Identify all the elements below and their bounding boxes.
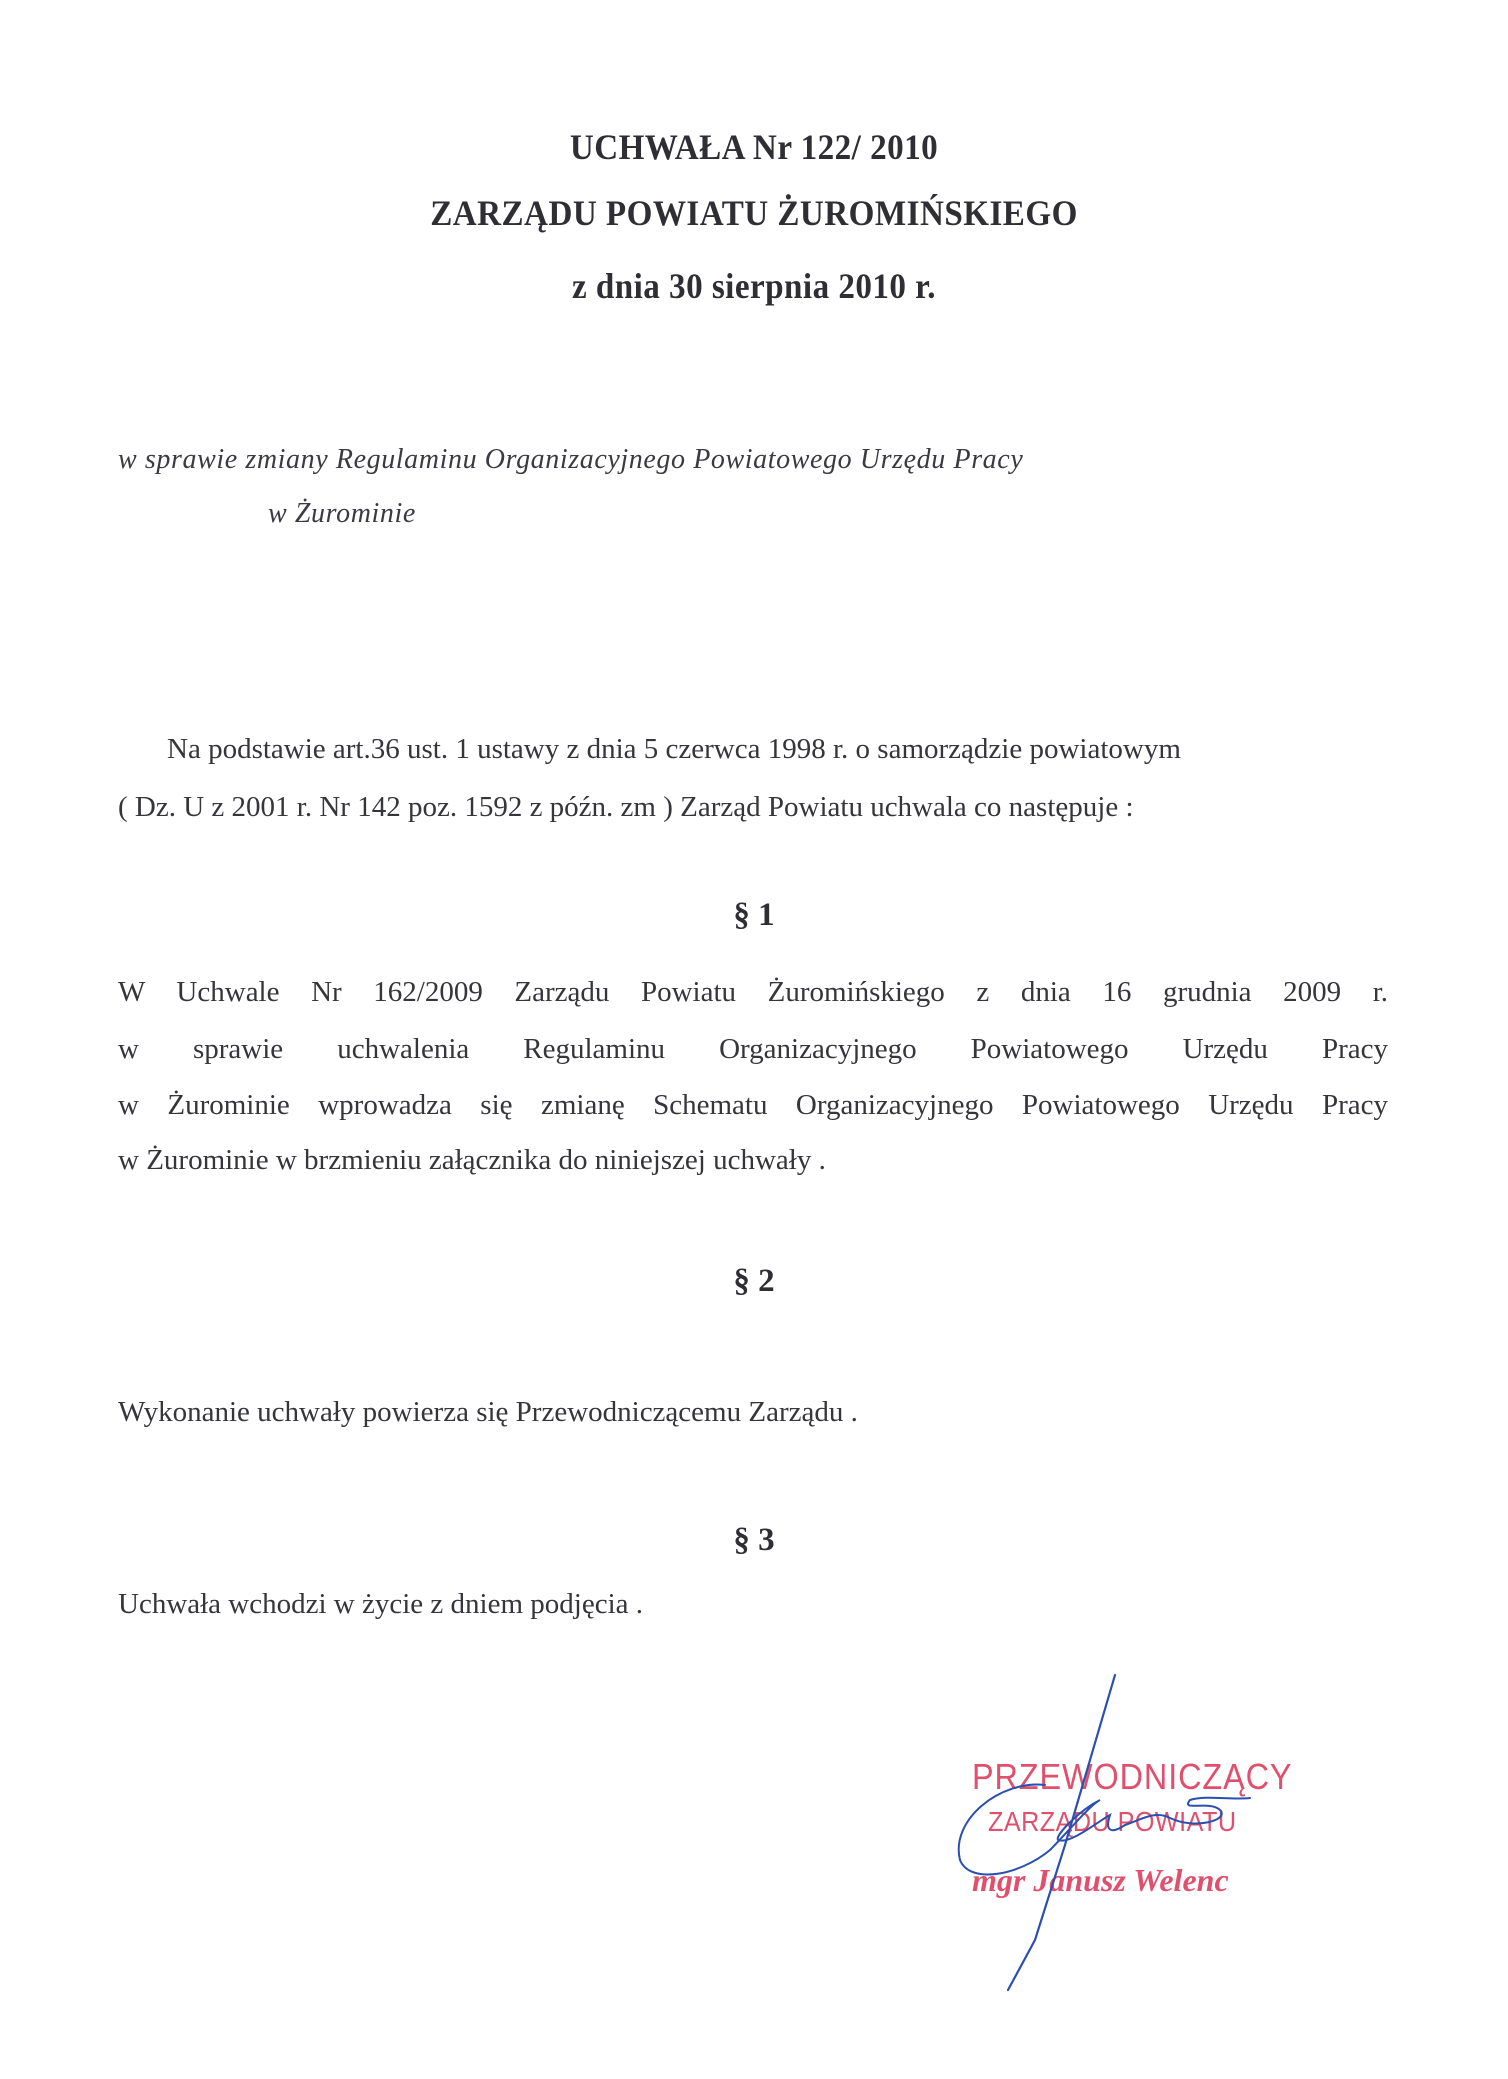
handwritten-signature-icon — [940, 1670, 1280, 2030]
section-2-heading: § 2 — [0, 1263, 1508, 1300]
resolution-title: UCHWAŁA Nr 122/ 2010 — [60, 126, 1447, 168]
section-2-text: Wykonanie uchwały powierza się Przewodni… — [118, 1396, 858, 1429]
preamble-line-2: ( Dz. U z 2001 r. Nr 142 poz. 1592 z póź… — [118, 791, 1134, 824]
section-1-line-1: W Uchwale Nr 162/2009 Zarządu Powiatu Żu… — [118, 976, 1388, 1009]
section-3-heading: § 3 — [0, 1522, 1508, 1559]
subject-line-2: w Żurominie — [268, 498, 416, 530]
section-1-line-4: w Żurominie w brzmieniu załącznika do ni… — [118, 1144, 826, 1177]
preamble-line-1: Na podstawie art.36 ust. 1 ustawy z dnia… — [167, 733, 1181, 766]
section-3-text: Uchwała wchodzi w życie z dniem podjęcia… — [118, 1588, 643, 1621]
section-1-line-2: w sprawie uchwalenia Regulaminu Organiza… — [118, 1033, 1388, 1066]
resolution-date: z dnia 30 sierpnia 2010 r. — [60, 265, 1447, 307]
section-1-line-3: w Żurominie wprowadza się zmianę Schemat… — [118, 1089, 1388, 1122]
section-1-heading: § 1 — [0, 897, 1508, 934]
subject-line-1: w sprawie zmiany Regulaminu Organizacyjn… — [118, 444, 1023, 476]
issuing-body: ZARZĄDU POWIATU ŻUROMIŃSKIEGO — [60, 192, 1447, 234]
